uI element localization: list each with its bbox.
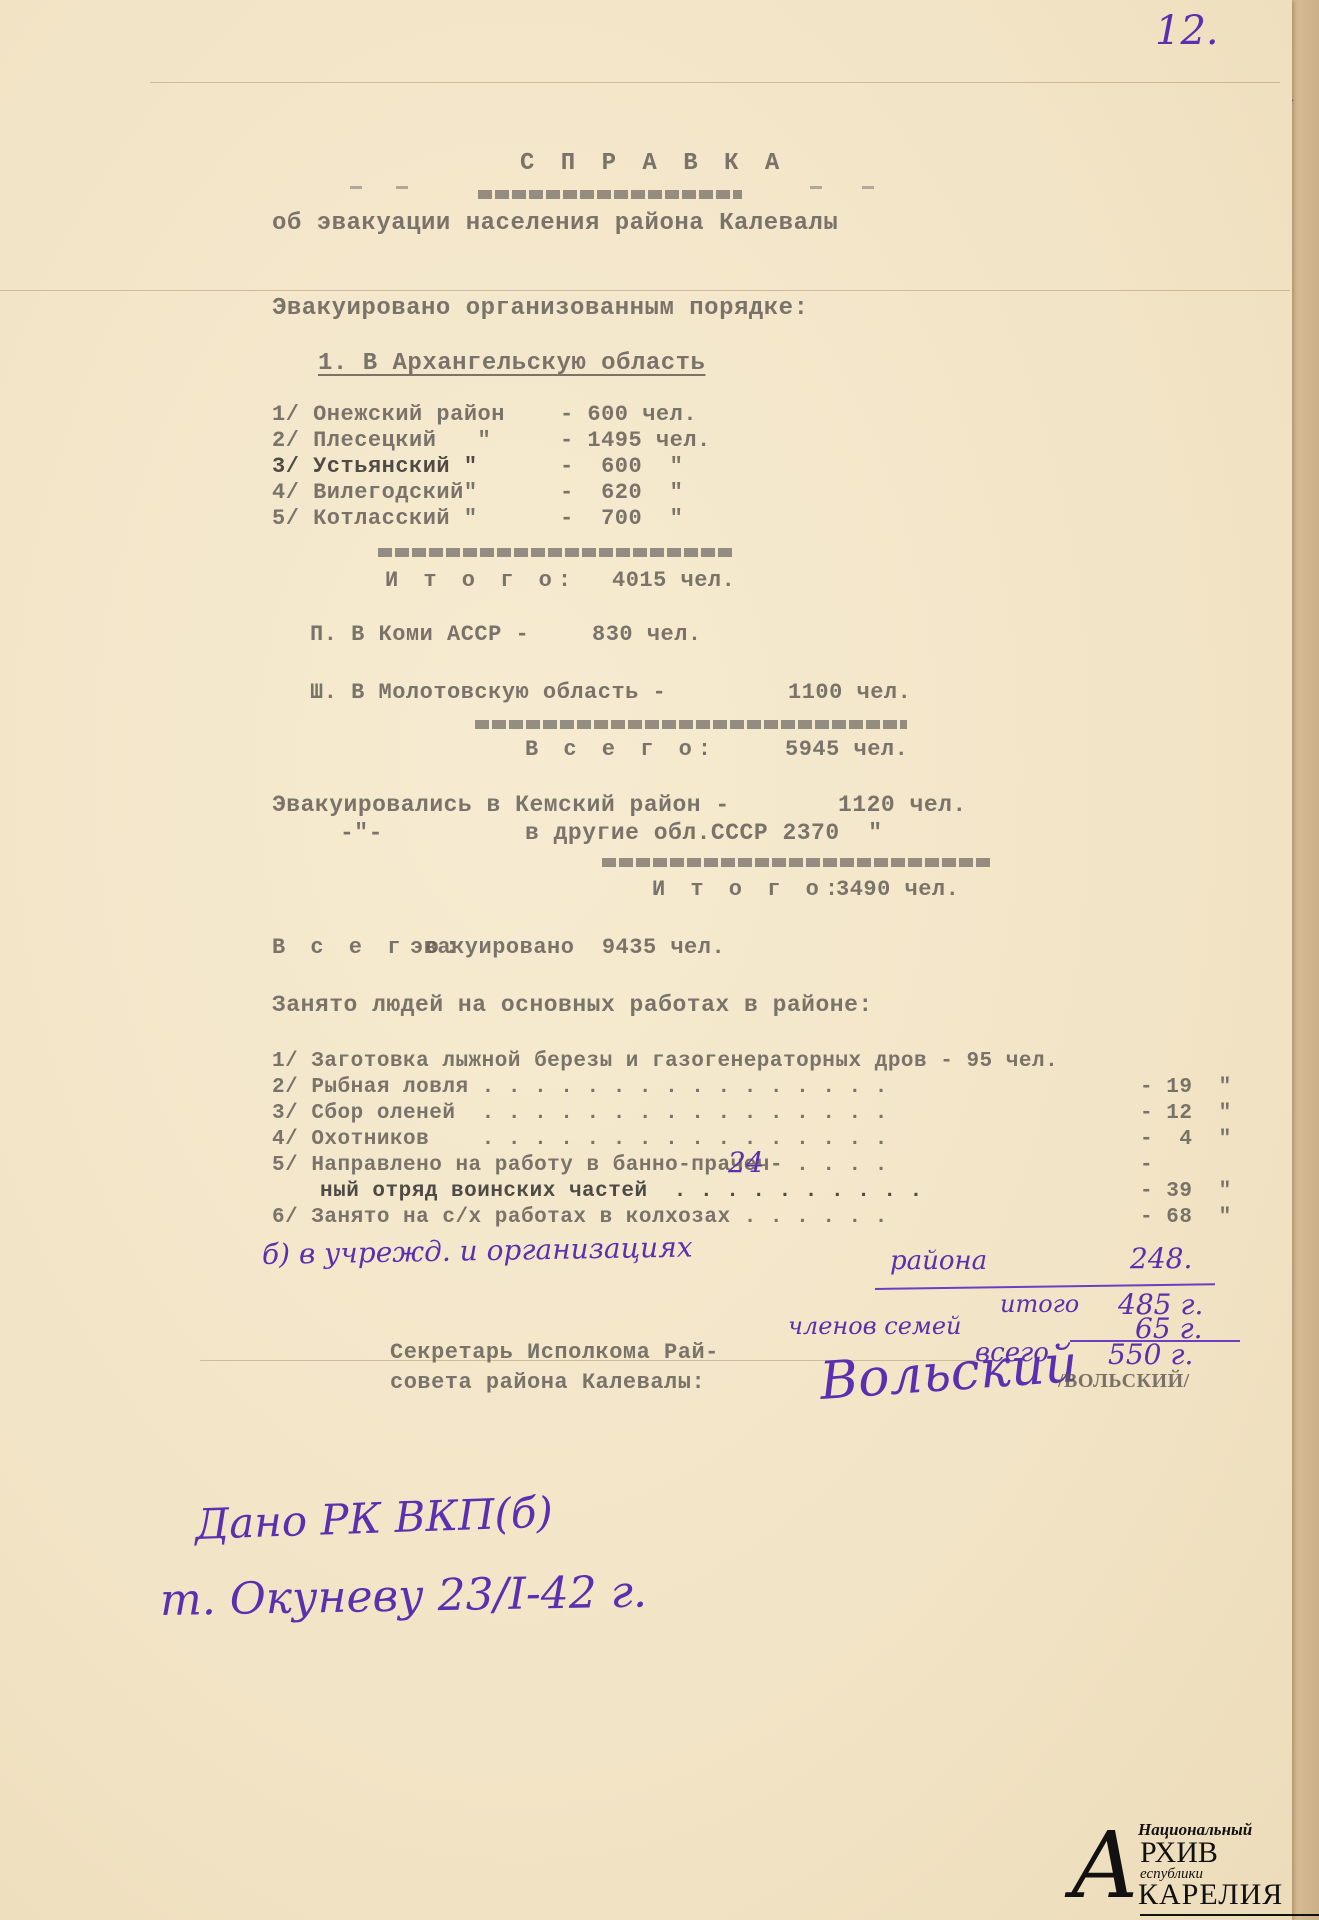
logo-initial: А [1070,1820,1140,1912]
self-evac-line-1-value: 1120 чел. [838,792,967,818]
employment-heading: Занято людей на основных работах в район… [272,992,873,1018]
typo-mark [350,186,362,189]
employment-item-4: 4/ Охотников . . . . . . . . . . . . . .… [272,1128,888,1151]
archive-logo: А Национальный РХИВ еспублики КАРЕЛИЯ [1060,1800,1319,1920]
ditto-mark: -"- [340,820,383,846]
section-2-value: 830 чел. [592,622,702,647]
list-item-4-value: - 620 " [560,480,683,505]
logo-line-2: РХИВ [1140,1838,1218,1868]
signature-line-1: Секретарь Исполкома Рай- [390,1340,719,1365]
list-item-1: 1/ Онежский район [272,402,505,427]
handwritten-total-label: итого [1000,1290,1079,1318]
employment-item-4-value: - 4 " [1140,1128,1232,1151]
logo-line-4: КАРЕЛИЯ [1138,1880,1283,1910]
signature-line-2: совета района Калевалы: [390,1370,705,1395]
self-evac-total-label: И т о г о: [652,877,844,902]
section-2-label: П. В Коми АССР - [310,622,529,647]
handwritten-correction: 24 [728,1146,764,1179]
list-item-2-value: - 1495 чел. [560,428,711,453]
grand-total-1-label: В с е г о: [525,737,717,762]
paper-crease [150,82,1280,83]
handwritten-grand-value: 550 г. [1108,1338,1193,1371]
section-3-label: Ш. В Молотовскую область - [310,680,666,705]
list-item-1-value: - 600 чел. [560,402,697,427]
page-number: 12. [1155,8,1219,54]
list-item-2: 2/ Плесецкий " [272,428,491,453]
employment-item-1: 1/ Заготовка лыжной березы и газогенерат… [272,1050,1058,1073]
section-1-total-value: 4015 чел. [612,568,735,593]
self-evac-total-value: 3490 чел. [836,877,959,902]
total-separator [378,548,733,554]
list-item-3-value: - 600 " [560,454,683,479]
typo-mark [810,186,822,189]
employment-item-5: 5/ Направлено на работу в банно-прачеч- … [272,1154,888,1177]
handwritten-note-line-1: Дано РК ВКП(б) [194,1488,554,1549]
typo-mark [862,186,874,189]
logo-rule [1140,1914,1319,1916]
employment-item-3-value: - 12 " [1140,1102,1232,1125]
total-separator [475,720,907,726]
employment-item-5-dash: - [1140,1154,1153,1177]
employment-item-5-cont: ный отряд воинских частей . . . . . . . … [320,1180,923,1203]
list-item-5: 5/ Котласский " [272,506,478,531]
document-subtitle: об эвакуации населения района Калевалы [272,210,838,237]
list-item-5-value: - 700 " [560,506,683,531]
self-evac-line-1: Эвакуировались в Кемский район - [272,792,730,818]
typo-mark [396,186,408,189]
handwritten-item-7-value: 248. [1130,1242,1192,1275]
title-double-underline [478,190,742,196]
list-item-3: 3/ Устьянский " [272,454,478,479]
list-item-4: 4/ Вилегодский" [272,480,478,505]
paper-crease [0,290,1290,291]
total-separator [602,858,990,864]
handwritten-item-7-word: района [890,1246,987,1276]
employment-item-5-value: - 39 " [1140,1180,1232,1203]
handwritten-note-line-2: т. Окуневу 23/I-42 г. [160,1567,648,1626]
employment-item-2: 2/ Рыбная ловля . . . . . . . . . . . . … [272,1076,888,1099]
section-3-value: 1100 чел. [788,680,911,705]
section-1-heading: 1. В Архангельскую область [318,350,705,377]
employment-item-6-value: - 68 " [1140,1206,1232,1229]
overall-total-text: эвакуировано 9435 чел. [410,935,725,960]
grand-total-1-value: 5945 чел. [785,737,908,762]
section-heading: Эвакуировано организованным порядке: [272,295,808,322]
employment-item-3: 3/ Сбор оленей . . . . . . . . . . . . .… [272,1102,888,1125]
handwritten-family-label: членов семей [788,1312,961,1340]
handwritten-signature: Вольский [818,1334,1080,1412]
employment-item-6: 6/ Занято на с/х работах в колхозах . . … [272,1206,888,1229]
document-page: 12. С П Р А В К А об эвакуации населения… [0,0,1292,1920]
employment-item-2-value: - 19 " [1140,1076,1232,1099]
section-1-total-label: И т о г о: [385,568,577,593]
self-evac-line-2: в другие обл.СССР 2370 " [525,820,883,846]
handwritten-item-7: б) в учрежд. и организациях [262,1230,693,1271]
document-title: С П Р А В К А [520,150,785,177]
typed-signatory-name: /ВОЛЬСКИЙ/ [1058,1370,1190,1393]
